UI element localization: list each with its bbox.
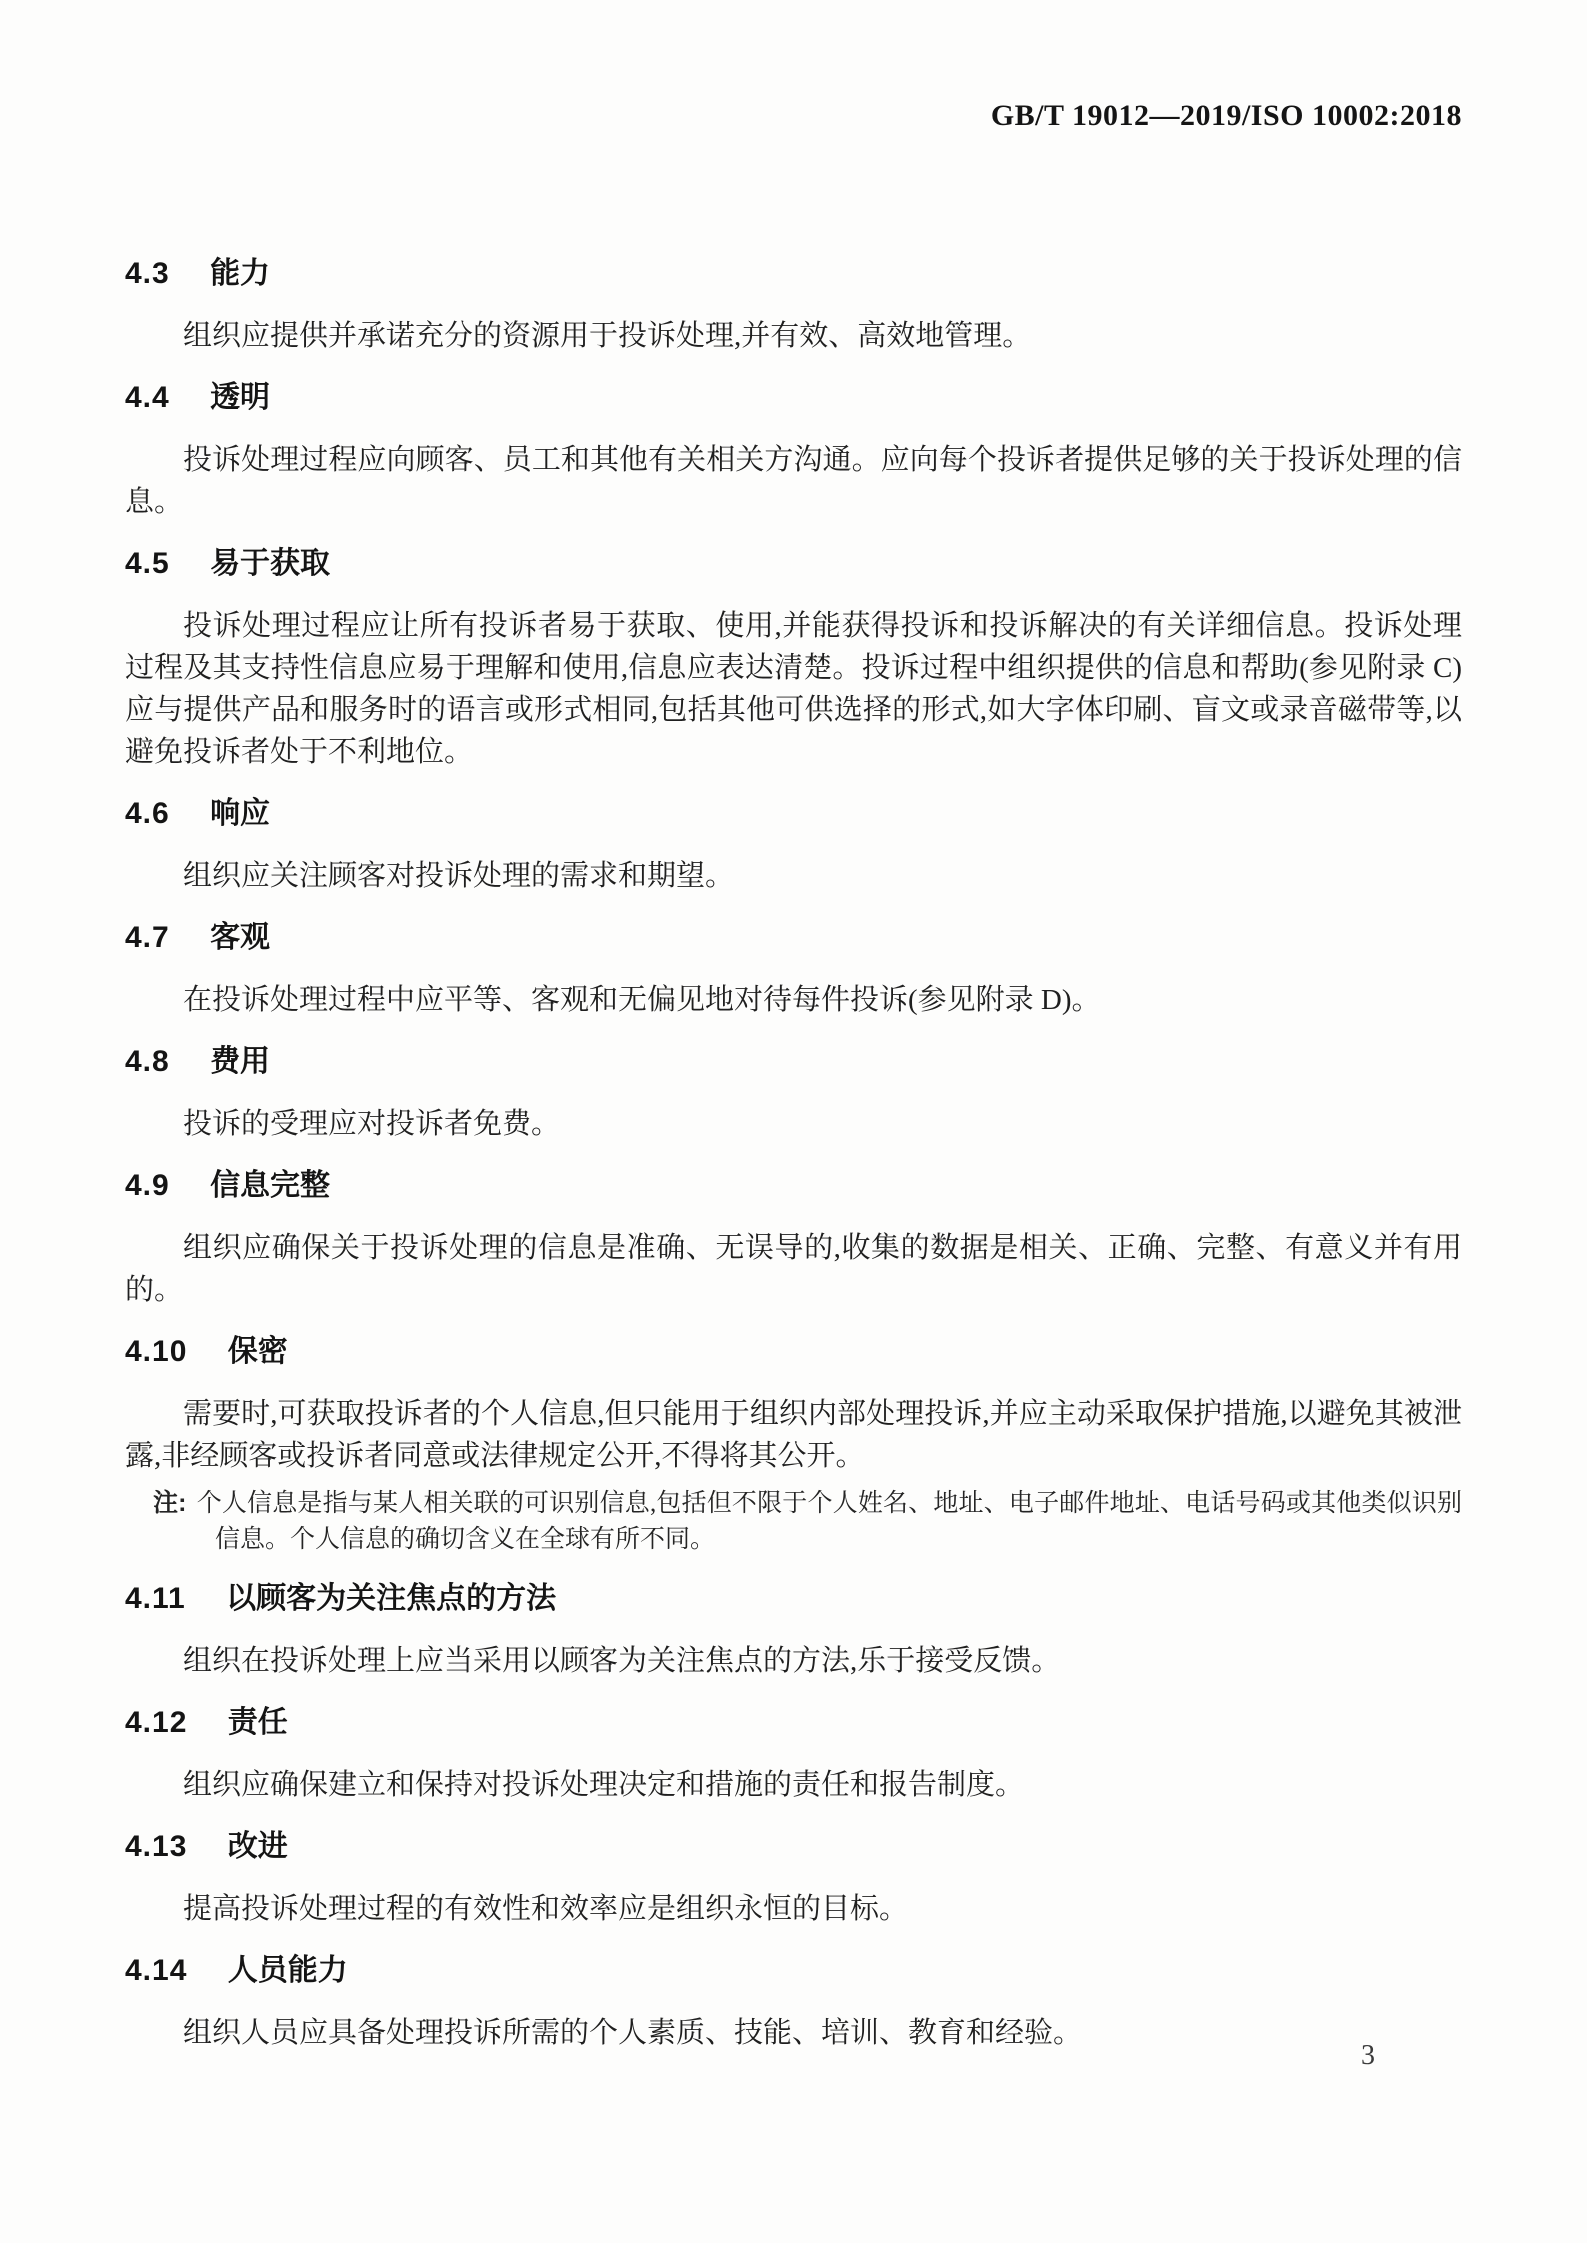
section-number: 4.8	[125, 1041, 170, 1083]
section-title: 易于获取	[210, 547, 330, 580]
section-4-11: 4.11 以顾客为关注焦点的方法 组织在投诉处理上应当采用以顾客为关注焦点的方法…	[125, 1578, 1462, 1682]
section-paragraph: 需要时,可获取投诉者的个人信息,但只能用于组织内部处理投诉,并应主动采取保护措施…	[125, 1393, 1462, 1477]
section-heading: 4.13 改进	[125, 1826, 1462, 1868]
section-heading: 4.10 保密	[125, 1331, 1462, 1373]
section-paragraph: 组织应关注顾客对投诉处理的需求和期望。	[125, 855, 1462, 897]
section-4-8: 4.8 费用 投诉的受理应对投诉者免费。	[125, 1041, 1462, 1145]
section-4-5: 4.5 易于获取 投诉处理过程应让所有投诉者易于获取、使用,并能获得投诉和投诉解…	[125, 543, 1462, 773]
section-4-10: 4.10 保密 需要时,可获取投诉者的个人信息,但只能用于组织内部处理投诉,并应…	[125, 1331, 1462, 1558]
section-number: 4.5	[125, 543, 170, 585]
section-title: 责任	[228, 1706, 288, 1739]
section-heading: 4.3 能力	[125, 253, 1462, 295]
section-number: 4.9	[125, 1165, 170, 1207]
section-number: 4.13	[125, 1826, 187, 1868]
section-4-9: 4.9 信息完整 组织应确保关于投诉处理的信息是准确、无误导的,收集的数据是相关…	[125, 1165, 1462, 1311]
document-page: GB/T 19012—2019/ISO 10002:2018 4.3 能力 组织…	[0, 0, 1587, 2243]
section-paragraph: 投诉处理过程应向顾客、员工和其他有关相关方沟通。应向每个投诉者提供足够的关于投诉…	[125, 439, 1462, 523]
section-4-6: 4.6 响应 组织应关注顾客对投诉处理的需求和期望。	[125, 793, 1462, 897]
section-number: 4.6	[125, 793, 170, 835]
section-title: 人员能力	[228, 1954, 348, 1987]
section-note: 注:个人信息是指与某人相关联的可识别信息,包括但不限于个人姓名、地址、电子邮件地…	[125, 1485, 1462, 1558]
section-number: 4.14	[125, 1950, 187, 1992]
section-paragraph: 提高投诉处理过程的有效性和效率应是组织永恒的目标。	[125, 1888, 1462, 1930]
section-number: 4.3	[125, 253, 170, 295]
section-4-7: 4.7 客观 在投诉处理过程中应平等、客观和无偏见地对待每件投诉(参见附录 D)…	[125, 917, 1462, 1021]
section-heading: 4.9 信息完整	[125, 1165, 1462, 1207]
section-number: 4.4	[125, 377, 170, 419]
section-paragraph: 组织应提供并承诺充分的资源用于投诉处理,并有效、高效地管理。	[125, 315, 1462, 357]
section-title: 费用	[210, 1045, 270, 1078]
section-number: 4.10	[125, 1331, 187, 1373]
section-paragraph: 组织在投诉处理上应当采用以顾客为关注焦点的方法,乐于接受反馈。	[125, 1640, 1462, 1682]
section-heading: 4.12 责任	[125, 1702, 1462, 1744]
section-heading: 4.8 费用	[125, 1041, 1462, 1083]
section-paragraph: 组织应确保建立和保持对投诉处理决定和措施的责任和报告制度。	[125, 1764, 1462, 1806]
document-content: 4.3 能力 组织应提供并承诺充分的资源用于投诉处理,并有效、高效地管理。 4.…	[125, 253, 1462, 2054]
section-title: 信息完整	[210, 1169, 330, 1202]
section-number: 4.12	[125, 1702, 187, 1744]
section-heading: 4.11 以顾客为关注焦点的方法	[125, 1578, 1462, 1620]
section-title: 透明	[210, 381, 270, 414]
section-number: 4.7	[125, 917, 170, 959]
section-title: 以顾客为关注焦点的方法	[226, 1582, 556, 1615]
section-heading: 4.4 透明	[125, 377, 1462, 419]
section-heading: 4.6 响应	[125, 793, 1462, 835]
section-4-13: 4.13 改进 提高投诉处理过程的有效性和效率应是组织永恒的目标。	[125, 1826, 1462, 1930]
section-4-4: 4.4 透明 投诉处理过程应向顾客、员工和其他有关相关方沟通。应向每个投诉者提供…	[125, 377, 1462, 523]
section-heading: 4.14 人员能力	[125, 1950, 1462, 1992]
section-paragraph: 投诉处理过程应让所有投诉者易于获取、使用,并能获得投诉和投诉解决的有关详细信息。…	[125, 605, 1462, 773]
section-4-3: 4.3 能力 组织应提供并承诺充分的资源用于投诉处理,并有效、高效地管理。	[125, 253, 1462, 357]
section-4-14: 4.14 人员能力 组织人员应具备处理投诉所需的个人素质、技能、培训、教育和经验…	[125, 1950, 1462, 2054]
section-heading: 4.5 易于获取	[125, 543, 1462, 585]
section-heading: 4.7 客观	[125, 917, 1462, 959]
section-title: 客观	[210, 921, 270, 954]
running-header: GB/T 19012—2019/ISO 10002:2018	[125, 95, 1462, 137]
section-title: 响应	[210, 797, 270, 830]
page-number: 3	[1361, 2038, 1375, 2074]
section-title: 改进	[228, 1830, 288, 1863]
section-paragraph: 组织人员应具备处理投诉所需的个人素质、技能、培训、教育和经验。	[125, 2012, 1462, 2054]
section-title: 保密	[228, 1335, 288, 1368]
note-label: 注:	[153, 1489, 187, 1517]
section-paragraph: 组织应确保关于投诉处理的信息是准确、无误导的,收集的数据是相关、正确、完整、有意…	[125, 1227, 1462, 1311]
section-4-12: 4.12 责任 组织应确保建立和保持对投诉处理决定和措施的责任和报告制度。	[125, 1702, 1462, 1806]
section-number: 4.11	[125, 1578, 186, 1620]
section-title: 能力	[210, 257, 270, 290]
section-paragraph: 在投诉处理过程中应平等、客观和无偏见地对待每件投诉(参见附录 D)。	[125, 979, 1462, 1021]
section-paragraph: 投诉的受理应对投诉者免费。	[125, 1103, 1462, 1145]
note-text: 个人信息是指与某人相关联的可识别信息,包括但不限于个人姓名、地址、电子邮件地址、…	[197, 1490, 1462, 1553]
